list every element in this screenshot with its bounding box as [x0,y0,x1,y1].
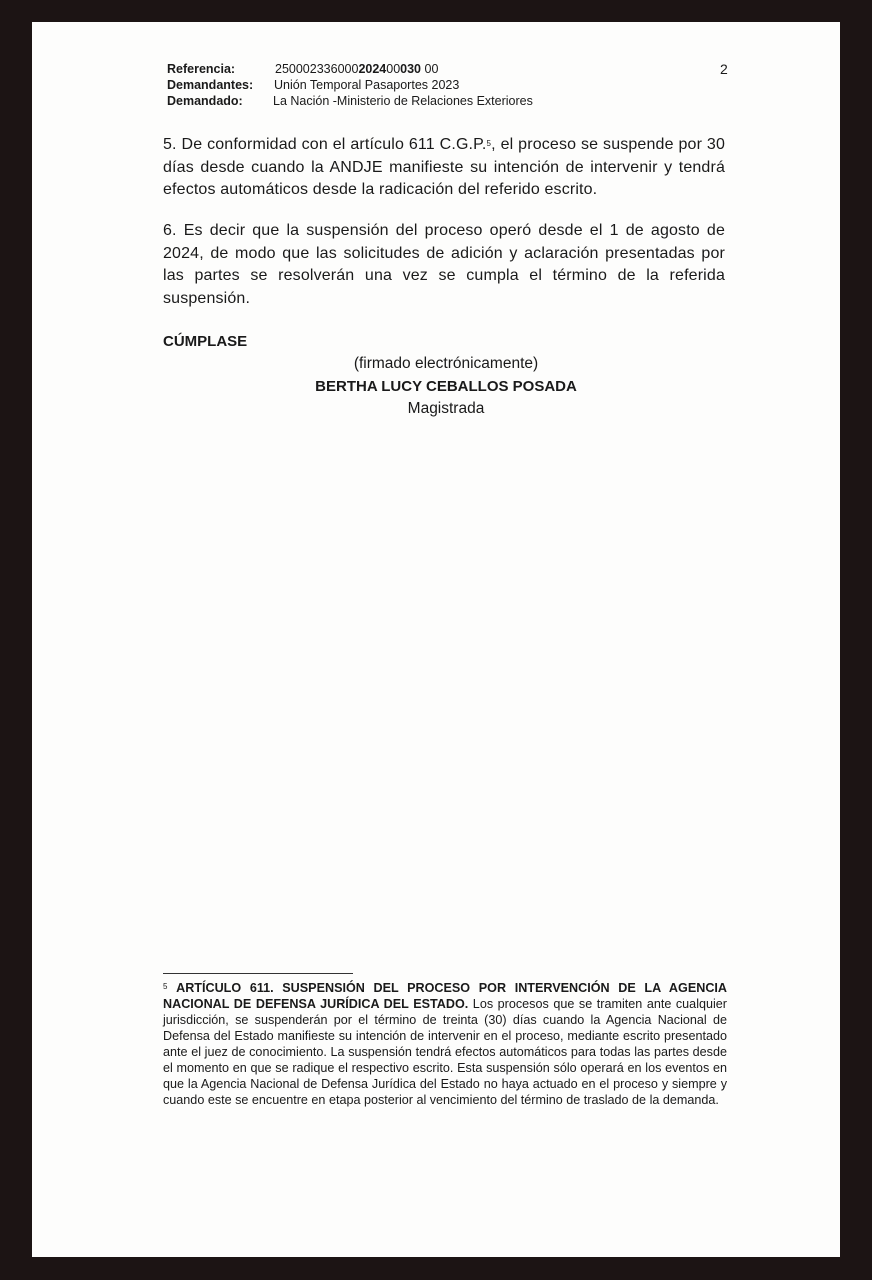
signature-name: BERTHA LUCY CEBALLOS POSADA [42,378,850,395]
footnote-number: 5 [163,982,167,991]
footnote-text: Los procesos que se tramiten ante cualqu… [163,997,727,1107]
footnote-separator [163,973,353,974]
page-number: 2 [720,61,728,77]
demandantes-label: Demandantes: [167,77,275,93]
signature-title: Magistrada [42,400,850,418]
referencia-row: Referencia: 250002336000202400030 00 [167,61,533,77]
demandantes-row: Demandantes: Unión Temporal Pasaportes 2… [167,77,533,93]
demandantes-value: Unión Temporal Pasaportes 2023 [274,77,459,93]
demandado-row: Demandado: La Nación -Ministerio de Rela… [167,93,533,109]
paragraph-6: 6. Es decir que la suspensión del proces… [163,220,725,310]
demandado-label: Demandado: [167,93,275,109]
demandado-value: La Nación -Ministerio de Relaciones Exte… [273,93,533,109]
case-header: Referencia: 250002336000202400030 00 Dem… [167,61,533,109]
paragraph-5: 5. De conformidad con el artículo 611 C.… [163,134,725,202]
footnote-5: 5 ARTÍCULO 611. SUSPENSIÓN DEL PROCESO P… [163,980,727,1108]
document-page: Referencia: 250002336000202400030 00 Dem… [32,22,840,1257]
cumplase-heading: CÚMPLASE [163,333,247,350]
referencia-label: Referencia: [167,61,275,77]
signature-note: (firmado electrónicamente) [42,355,850,373]
footnote-ref[interactable]: 5 [487,139,492,148]
referencia-value: 250002336000202400030 00 [275,61,438,77]
